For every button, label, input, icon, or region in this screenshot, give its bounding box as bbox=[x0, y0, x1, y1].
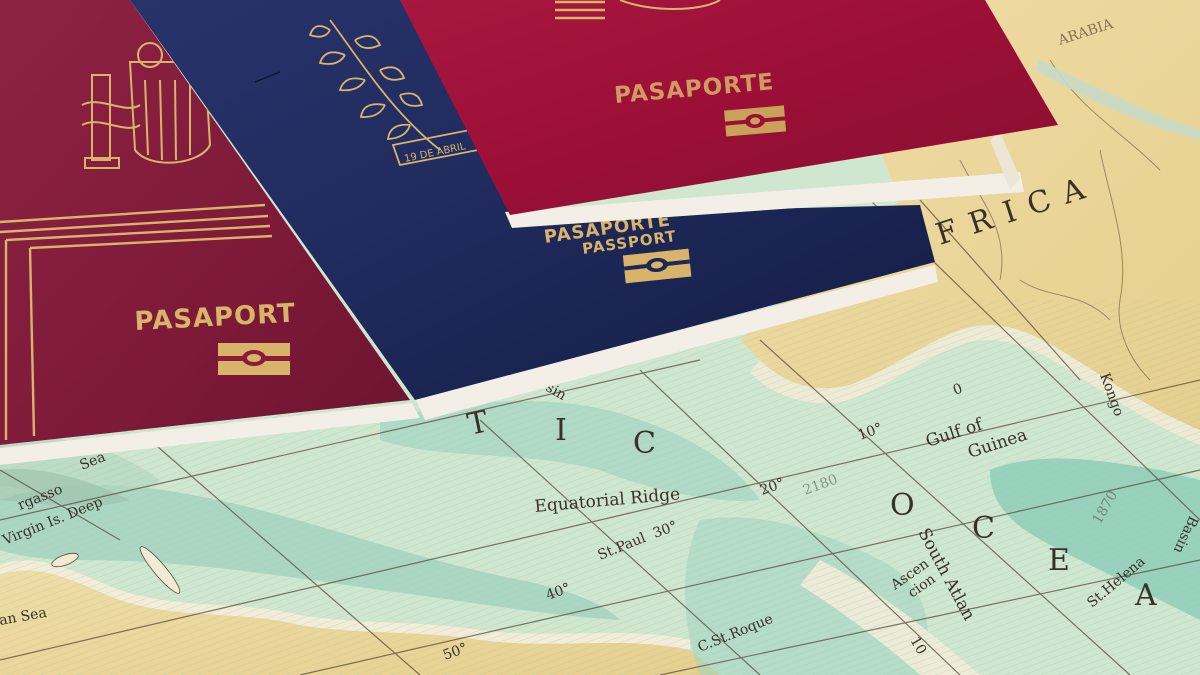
label-ocean-letter-c2: C bbox=[972, 511, 997, 546]
biometric-chip-icon bbox=[724, 105, 786, 136]
label-ocean-letter-c: C bbox=[633, 426, 658, 461]
label-ocean-letter-o: O bbox=[890, 488, 917, 523]
photo-scene: F R I C A T I C sin O C E A Equatorial R… bbox=[0, 0, 1200, 675]
photo-canvas: F R I C A T I C sin O C E A Equatorial R… bbox=[0, 0, 1200, 675]
label-ocean-letter-a: A bbox=[1134, 578, 1159, 613]
biometric-chip-icon bbox=[218, 343, 290, 375]
label-ocean-letter-i: I bbox=[555, 413, 569, 448]
label-ocean-letter-e: E bbox=[1048, 543, 1072, 578]
